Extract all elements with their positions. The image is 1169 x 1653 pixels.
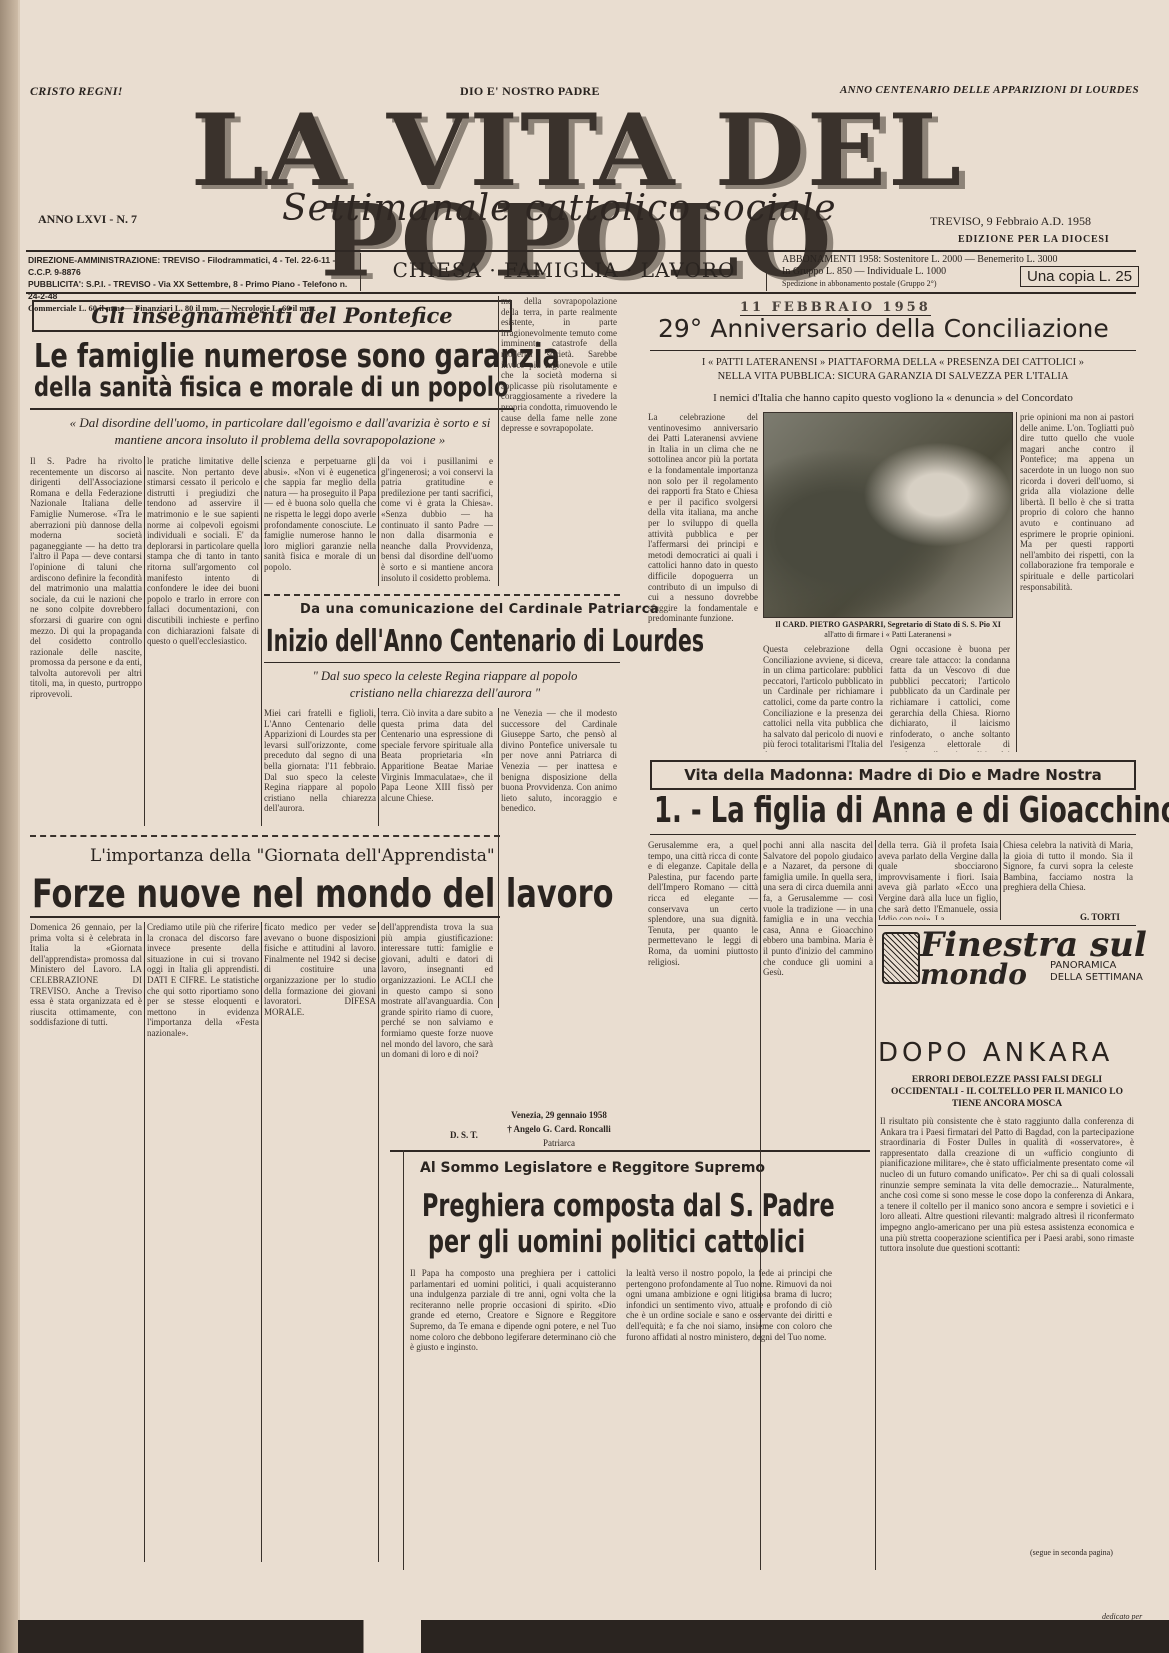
column-rule — [498, 296, 499, 586]
pontefice-headline-2: della sanità fisica e morale di un popol… — [34, 372, 508, 403]
madonna-col-1: Gerusalemme era, a quel tempo, una città… — [648, 840, 758, 1570]
rule — [30, 916, 500, 918]
lourdes-kicker: Da una comunicazione del Cardinale Patri… — [300, 602, 659, 617]
gasparri-photo — [763, 412, 1013, 618]
apprendista-col-3: ficato medico per veder se avevano o buo… — [264, 922, 376, 1562]
column-rule — [144, 922, 145, 1562]
dateline: TREVISO, 9 Febbraio A.D. 1958 — [930, 214, 1091, 229]
divider — [766, 253, 767, 291]
preghiera-col-1: Il Papa ha composto una preghiera per i … — [410, 1268, 616, 1564]
signoff-title: Patriarca — [501, 1136, 617, 1150]
banner-motto: CHIESA · FAMIGLIA · LAVORO — [364, 258, 764, 282]
tag-line: PANORAMICA — [1050, 960, 1143, 972]
madonna-col-2: pochi anni alla nascita del Salvatore de… — [763, 840, 873, 1570]
page-bottom-edge — [18, 1620, 1169, 1653]
finestra-tagline: PANORAMICA DELLA SETTIMANA — [1050, 960, 1143, 984]
issue-number: ANNO LXVI - N. 7 — [38, 212, 137, 227]
conciliazione-deck: I « PATTI LATERANENSI » PIATTAFORMA DELL… — [650, 356, 1136, 384]
caption-line: all'atto di firmare i « Patti Lateranens… — [763, 630, 1013, 640]
masthead-title: LA VITA DEL POPOLO — [22, 105, 1132, 195]
rule-bottom — [26, 292, 1136, 294]
column-rule — [760, 840, 761, 1570]
madonna-col-3: della terra. Già il profeta Isaia aveva … — [878, 840, 998, 920]
lourdes-col-1: Miei cari fratelli e figlioli, L'Anno Ce… — [264, 708, 376, 826]
masthead-subtitle: Settimanale cattolico sociale — [282, 188, 837, 229]
pontefice-col-1: Il S. Padre ha rivolto recentemente un d… — [30, 456, 142, 826]
column-rule — [498, 708, 499, 1008]
finestra-deck: ERRORI DEBOLEZZE PASSI FALSI DEGLI OCCID… — [880, 1074, 1134, 1110]
logo-line: Finestra sul — [920, 930, 1147, 960]
madonna-kicker: Vita della Madonna: Madre di Dio e Madre… — [650, 760, 1136, 790]
column-rule — [378, 922, 379, 1562]
apprendista-col-2: Crediamo utile più che riferire la crona… — [147, 922, 259, 1562]
newspaper-page: CRISTO REGNI! DIO E' NOSTRO PADRE ANNO C… — [18, 0, 1169, 1640]
continued-note: (segue in seconda pagina) — [1030, 1548, 1113, 1557]
subscription-line: Spedizione in abbonamento postale (Grupp… — [782, 278, 1058, 290]
rule — [650, 350, 1136, 351]
rule — [650, 834, 1136, 835]
conciliazione-col-4: prie opinioni ma non ai pastori delle an… — [1020, 412, 1134, 752]
conciliazione-col-1: La celebrazione del ventinovesimo annive… — [648, 412, 758, 752]
apprendista-headline: Forze nuove nel mondo del lavoro — [32, 872, 613, 917]
apprendista-col-4: dell'apprendista trova la sua più ampia … — [381, 922, 493, 1122]
conciliazione-col-2: Questa celebrazione della Conciliazione … — [763, 644, 883, 752]
conciliazione-subdeck: I nemici d'Italia che hanno capito quest… — [650, 392, 1136, 404]
column-rule — [261, 456, 262, 826]
column-rule — [378, 456, 379, 586]
price-box: Una copia L. 25 — [1020, 266, 1139, 287]
wavy-rule — [264, 594, 620, 597]
pontefice-col-2: le pratiche limitative delle nascite. No… — [147, 456, 259, 826]
left-motto: CRISTO REGNI! — [30, 84, 123, 99]
divider — [360, 253, 361, 291]
column-rule — [261, 922, 262, 1562]
lourdes-quote: " Dal suo speco la celeste Regina riappa… — [290, 668, 600, 702]
column-rule — [144, 456, 145, 826]
page-binding-edge — [0, 0, 18, 1653]
pontefice-col-5: ma della sovrapopolazione della terra, i… — [501, 296, 617, 586]
subscription-line: ABBONAMENTI 1958: Sostenitore L. 2000 — … — [782, 254, 1058, 266]
apprendista-col-1: Domenica 26 gennaio, per la prima volta … — [30, 922, 142, 1562]
pontefice-quote: « Dal disordine dell'uomo, in particolar… — [60, 414, 500, 448]
madonna-headline: 1. - La figlia di Anna e di Gioacchino — [654, 790, 1169, 831]
column-rule — [378, 708, 379, 826]
column-rule — [1000, 840, 1001, 920]
info-line-direction: DIREZIONE-AMMINISTRAZIONE: TREVISO - Fil… — [28, 254, 348, 278]
caption-line: Il CARD. PIETRO GASPARRI, Segretario di … — [763, 620, 1013, 630]
column-rule — [1016, 412, 1017, 752]
pontefice-headline-1: Le famiglie numerose sono garanzia — [34, 336, 560, 375]
rule — [264, 662, 620, 663]
column-rule — [875, 840, 876, 1570]
rule-top — [26, 250, 1136, 252]
deck-line: I « PATTI LATERANENSI » PIATTAFORMA DELL… — [650, 356, 1136, 370]
conciliazione-col-3: Ogni occasione è buona per creare tale a… — [890, 644, 1010, 752]
rule — [30, 408, 514, 410]
lourdes-headline: Inizio dell'Anno Centenario di Lourdes — [266, 624, 704, 659]
pontefice-col-3: scienza e perpetuarne gli abusi». «Non v… — [264, 456, 376, 586]
photo-caption: Il CARD. PIETRO GASPARRI, Segretario di … — [763, 620, 1013, 640]
apprendista-signature: D. S. T. — [450, 1130, 478, 1140]
lourdes-signoff: Venezia, 29 gennaio 1958 † Angelo G. Car… — [501, 1108, 617, 1150]
lourdes-col-2: terra. Ciò invita a dare subito a questa… — [381, 708, 493, 826]
conciliazione-headline: 29° Anniversario della Conciliazione — [658, 314, 1109, 343]
pontefice-col-4: da voi i pusillanimi e gl'ingenerosi; a … — [381, 456, 493, 586]
box-rule — [403, 1150, 404, 1570]
finestra-headline: DOPO ANKARA — [878, 1038, 1113, 1068]
madonna-signature: G. TORTI — [1080, 912, 1120, 922]
signoff-place: Venezia, 29 gennaio 1958 — [501, 1108, 617, 1122]
apprendista-kicker: L'importanza della "Giornata dell'Appren… — [90, 846, 495, 866]
finestra-body: Il risultato più consistente che è stato… — [880, 1116, 1134, 1528]
globe-icon — [882, 932, 920, 984]
subscriptions: ABBONAMENTI 1958: Sostenitore L. 2000 — … — [782, 254, 1058, 290]
edition-label: EDIZIONE PER LA DIOCESI — [958, 234, 1110, 245]
info-line-advertising: PUBBLICITA': S.P.I. - TREVISO - Via XX S… — [28, 278, 348, 302]
tag-line: DELLA SETTIMANA — [1050, 972, 1143, 984]
pontefice-kicker: Gli insegnamenti del Pontefice — [32, 300, 512, 332]
madonna-col-4: Chiesa celebra la natività di Maria, la … — [1003, 840, 1133, 910]
subscription-line: In Gruppo L. 850 — Individuale L. 1000 — [782, 266, 1058, 278]
wavy-rule — [30, 835, 500, 838]
deck-line: NELLA VITA PUBBLICA: SICURA GARANZIA DI … — [650, 370, 1136, 384]
signoff-name: † Angelo G. Card. Roncalli — [501, 1122, 617, 1136]
